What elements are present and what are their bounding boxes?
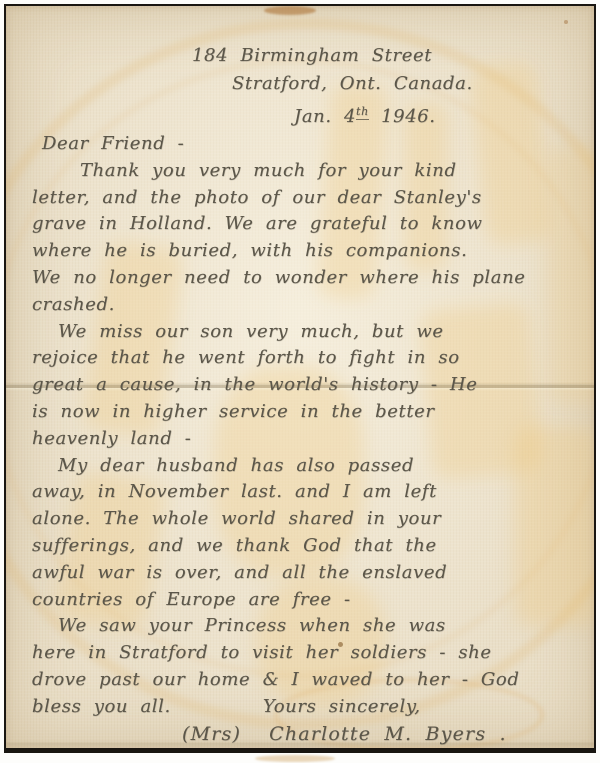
body-line: crashed. <box>32 292 574 319</box>
address-line-2: Stratford, Ont. Canada. <box>32 70 574 98</box>
body-line: grave in Holland. We are grateful to kno… <box>32 211 574 238</box>
closing-left: bless you all. <box>32 694 171 721</box>
body-line: letter, and the photo of our dear Stanle… <box>32 185 574 212</box>
date-prefix: Jan. 4 <box>294 106 356 127</box>
body-line: We miss our son very much, but we <box>32 319 574 346</box>
signature-name: Charlotte M. Byers . <box>269 723 507 745</box>
letter-scan: 184 Birmingham Street Stratford, Ont. Ca… <box>0 0 600 763</box>
body-line: Thank you very much for your kind <box>32 158 574 185</box>
body-line: We saw your Princess when she was <box>32 613 574 640</box>
body-line: drove past our home & I waved to her - G… <box>32 667 574 694</box>
body-line: We no longer need to wonder where his pl… <box>32 265 574 292</box>
body-line: alone. The whole world shared in your <box>32 506 574 533</box>
body-line: is now in higher service in the better <box>32 399 574 426</box>
letter-paper: 184 Birmingham Street Stratford, Ont. Ca… <box>4 4 596 753</box>
date-superscript: th <box>356 105 369 120</box>
body-line: sufferings, and we thank God that the <box>32 533 574 560</box>
body-line: great a cause, in the world's history - … <box>32 372 574 399</box>
date-suffix: 1946. <box>369 106 436 127</box>
closing-valediction: Yours sincerely, <box>263 694 421 721</box>
body-line: countries of Europe are free - <box>32 587 574 614</box>
body-line: away, in November last. and I am left <box>32 479 574 506</box>
body-line: My dear husband has also passed <box>32 453 574 480</box>
signature-row: (Mrs)Charlotte M. Byers . <box>32 721 574 748</box>
signature-prefix: (Mrs) <box>182 723 241 745</box>
body-line: heavenly land - <box>32 426 574 453</box>
closing-row: bless you all.Yours sincerely, <box>32 694 574 721</box>
address-line-1: 184 Birmingham Street <box>32 42 574 70</box>
body-line: where he is buried, with his companions. <box>32 238 574 265</box>
body-line: awful war is over, and all the enslaved <box>32 560 574 587</box>
body-line: rejoice that he went forth to fight in s… <box>32 345 574 372</box>
scan-edge-smudge <box>255 755 335 762</box>
date-line: Jan. 4th 1946. <box>32 98 574 131</box>
body-line: here in Stratford to visit her soldiers … <box>32 640 574 667</box>
salutation: Dear Friend - <box>32 131 574 158</box>
letter-content: 184 Birmingham Street Stratford, Ont. Ca… <box>6 6 594 748</box>
